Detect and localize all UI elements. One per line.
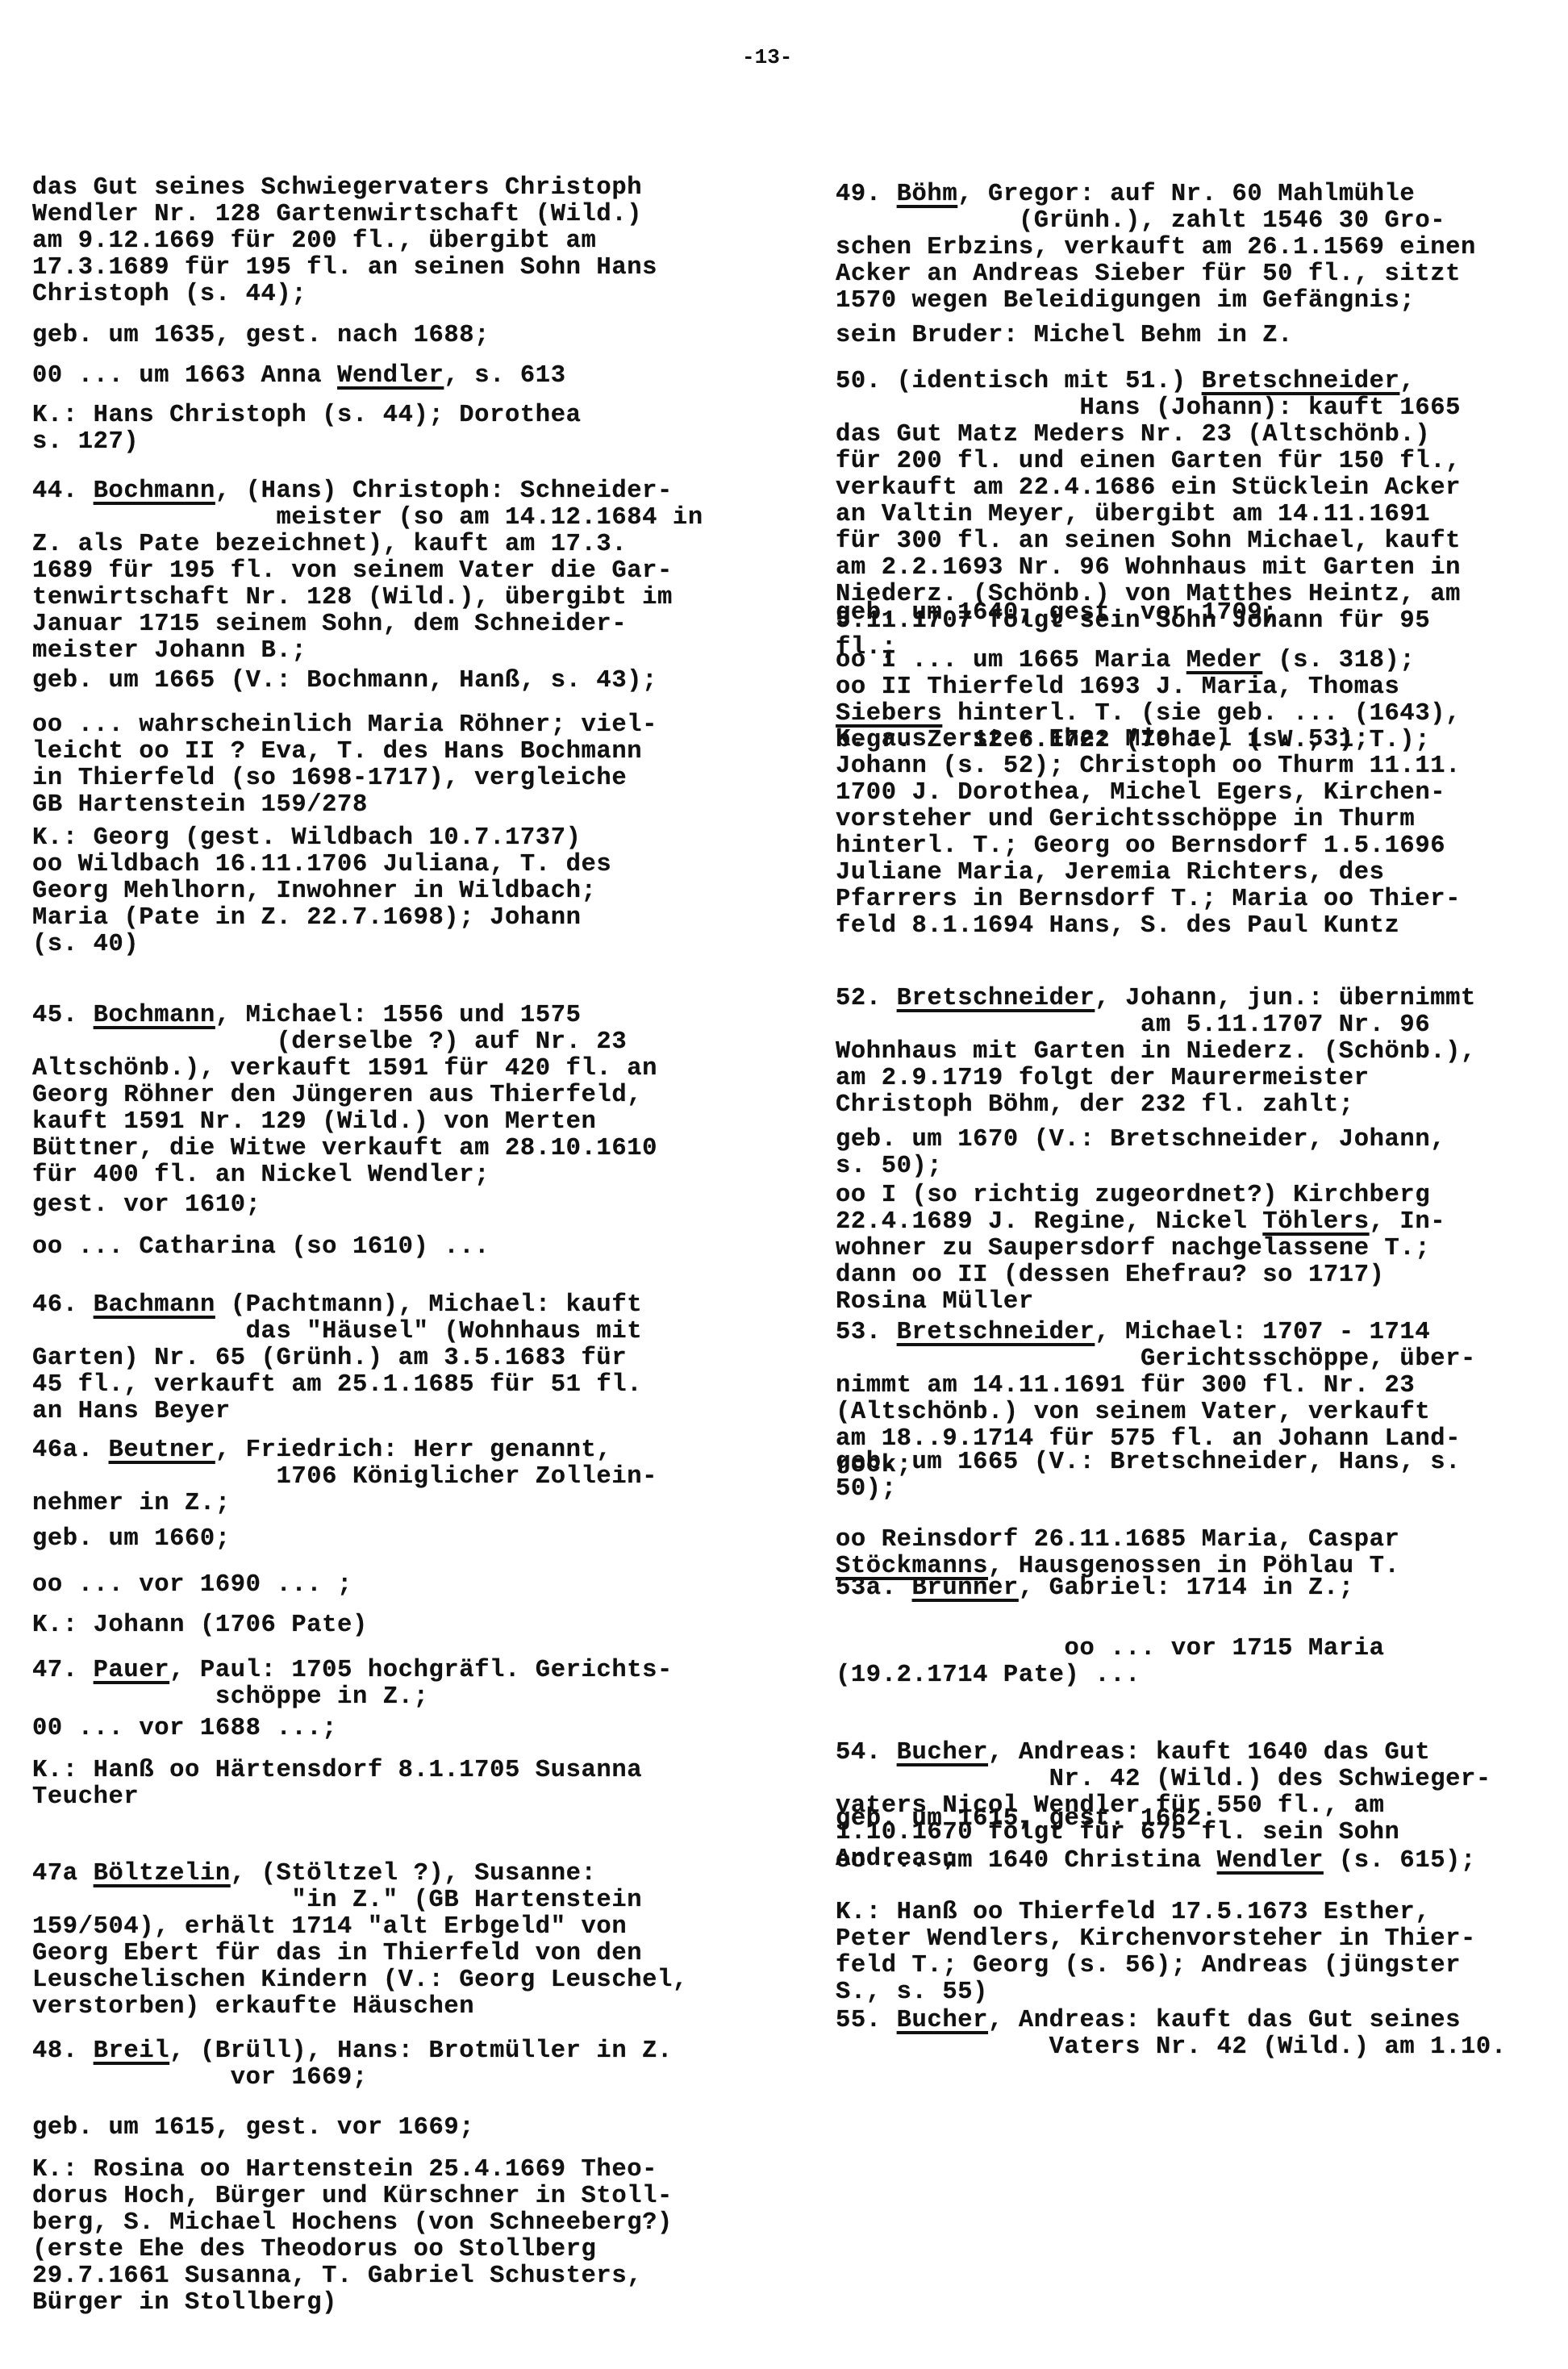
text-line: Georg Mehlhorn, Inwohner in Wildbach; [32, 878, 611, 905]
text-line: 159/504), erhält 1714 "alt Erbgeld" von [32, 1914, 688, 1941]
entry-43-marriage: 00 ... um 1663 Anna Wendler, s. 613 [32, 363, 566, 390]
text-line: kauft 1591 Nr. 129 (Wild.) von Merten [32, 1109, 657, 1136]
text-line: 50. (identisch mit 51.) Bretschneider, [836, 369, 1461, 395]
underlined-surname: Wendler [1217, 1847, 1324, 1875]
text-line: an Hans Beyer [32, 1399, 642, 1425]
entry-45: 45. Bochmann, Michael: 1556 und 1575 (de… [32, 1003, 657, 1189]
text-line: 47a Böltzelin, (Stöltzel ?), Susanne: [32, 1861, 688, 1887]
text-line: Garten) Nr. 65 (Grünh.) am 3.5.1683 für [32, 1345, 642, 1372]
text-line: in Thierfeld (so 1698-1717), vergleiche [32, 765, 657, 792]
entry-44-marriage: oo ... wahrscheinlich Maria Röhner; viel… [32, 712, 657, 819]
text-line: Wendler Nr. 128 Gartenwirtschaft (Wild.) [32, 202, 657, 228]
text-line: Pfarrers in Bernsdorf T.; Maria oo Thier… [836, 886, 1461, 913]
underlined-surname: Böhm [897, 181, 958, 208]
text-line: K.: Rosina oo Hartenstein 25.4.1669 Theo… [32, 2157, 673, 2183]
entry-43-children: K.: Hans Christoph (s. 44); Dorotheas. 1… [32, 402, 582, 456]
text-line: K.: Hanß oo Thierfeld 17.5.1673 Esther, [836, 1900, 1476, 1926]
text-line: am 9.12.1669 für 200 fl., übergibt am [32, 228, 657, 255]
text-line: für 200 fl. und einen Garten für 150 fl.… [836, 448, 1461, 475]
text-line: Christoph (s. 44); [32, 282, 657, 308]
text-line: Christoph Böhm, der 232 fl. zahlt; [836, 1092, 1476, 1119]
text-line: 45. Bochmann, Michael: 1556 und 1575 [32, 1003, 657, 1029]
underlined-surname: Bochmann [94, 1002, 215, 1029]
text-line: (19.2.1714 Pate) ... [836, 1662, 1385, 1689]
entry-47: 47. Pauer, Paul: 1705 hochgräfl. Gericht… [32, 1658, 673, 1711]
text-line: vor 1669; [32, 2065, 673, 2092]
text-line: berg, S. Michael Hochens (von Schneeberg… [32, 2210, 673, 2237]
underlined-surname: Bochmann [94, 478, 215, 505]
entry-52: 52. Bretschneider, Johann, jun.: übernim… [836, 986, 1476, 1119]
text-line: 29.7.1661 Susanna, T. Gabriel Schusters, [32, 2263, 673, 2290]
entry-55: 55. Bucher, Andreas: kauft das Gut seine… [836, 2008, 1507, 2061]
text-line: 52. Bretschneider, Johann, jun.: übernim… [836, 986, 1476, 1012]
text-line: 1570 wegen Beleidigungen im Gefängnis; [836, 288, 1476, 315]
text-line: 1706 Königlicher Zollein- [32, 1464, 657, 1491]
entry-52-marriage: oo I (so richtig zugeordnet?) Kirchberg2… [836, 1182, 1445, 1316]
entry-48: 48. Breil, (Brüll), Hans: Brotmüller in … [32, 2038, 673, 2092]
text-line: an Valtin Meyer, übergibt am 14.11.1691 [836, 502, 1461, 528]
underlined-surname: Wendler [337, 362, 444, 390]
underlined-surname: Pauer [94, 1657, 170, 1684]
text-line: 17.3.1689 für 195 fl. an seinen Sohn Han… [32, 255, 657, 282]
text-line: Georg Ebert für das in Thierfeld von den [32, 1941, 688, 1967]
entry-48-birth: geb. um 1615, gest. vor 1669; [32, 2115, 474, 2142]
underlined-surname: Meder [1186, 647, 1263, 674]
text-line: geb. um 1665 (V.: Bochmann, Hanß, s. 43)… [32, 668, 657, 694]
text-line: Acker an Andreas Sieber für 50 fl., sitz… [836, 261, 1476, 288]
text-line: am 2.2.1693 Nr. 96 Wohnhaus mit Garten i… [836, 555, 1461, 582]
entry-52-birth: geb. um 1670 (V.: Bretschneider, Johann,… [836, 1127, 1445, 1180]
text-line: s. 50); [836, 1153, 1445, 1180]
text-line: leicht oo II ? Eva, T. des Hans Bochmann [32, 739, 657, 765]
entry-45-death: gest. vor 1610; [32, 1192, 261, 1219]
text-line: oo ... vor 1715 Maria [836, 1636, 1385, 1662]
entry-54-birth: geb. um 1615, gest. 1662; [836, 1806, 1217, 1833]
text-line: 1689 für 195 fl. von seinem Vater die Ga… [32, 558, 703, 585]
text-line: oo I ... um 1665 Maria Meder (s. 318); [836, 648, 1461, 674]
entry-44-birth: geb. um 1665 (V.: Bochmann, Hanß, s. 43)… [32, 668, 657, 694]
underlined-surname: Bretschneider [897, 985, 1095, 1012]
entry-53-marriage: oo Reinsdorf 26.11.1685 Maria, CasparStö… [836, 1527, 1399, 1580]
text-line: gest. vor 1610; [32, 1192, 261, 1219]
text-line: verkauft am 22.4.1686 ein Stücklein Acke… [836, 475, 1461, 502]
entry-cont-43: das Gut seines Schwiegervaters Christoph… [32, 175, 657, 308]
entry-46a-birth: geb. um 1660; [32, 1526, 231, 1553]
text-line: 46. Bachmann (Pachtmann), Michael: kauft [32, 1292, 642, 1319]
text-line: am 5.11.1707 Nr. 96 [836, 1012, 1476, 1039]
text-line: wohner zu Saupersdorf nachgelassene T.; [836, 1236, 1445, 1262]
text-line: 44. Bochmann, (Hans) Christoph: Schneide… [32, 478, 703, 505]
entry-46a-marriage: oo ... vor 1690 ... ; [32, 1572, 352, 1599]
underlined-surname: Bachmann [94, 1291, 215, 1319]
text-line: (derselbe ?) auf Nr. 23 [32, 1029, 657, 1056]
text-line: dann oo II (dessen Ehefrau? so 1717) [836, 1262, 1445, 1289]
text-line: Nr. 42 (Wild.) des Schwieger- [836, 1766, 1491, 1793]
text-line: oo Reinsdorf 26.11.1685 Maria, Caspar [836, 1527, 1399, 1554]
text-line: K.: Hanß oo Härtensdorf 8.1.1705 Susanna [32, 1758, 642, 1784]
text-line: schöppe in Z.; [32, 1684, 673, 1711]
underlined-surname: Beutner [109, 1437, 215, 1464]
text-line: Januar 1715 seinem Sohn, dem Schneider- [32, 611, 703, 638]
text-line: geb. um 1670 (V.: Bretschneider, Johann, [836, 1127, 1445, 1153]
text-line: "in Z." (GB Hartenstein [32, 1887, 688, 1914]
entry-53-birth: geb. um 1665 (V.: Bretschneider, Hans, s… [836, 1449, 1461, 1503]
text-line: Z. als Pate bezeichnet), kauft am 17.3. [32, 532, 703, 558]
text-line: (s. 40) [32, 932, 611, 958]
text-line: geb. um 1660; [32, 1526, 231, 1553]
entry-44-children: K.: Georg (gest. Wildbach 10.7.1737)oo W… [32, 825, 611, 958]
text-line: Wohnhaus mit Garten in Niederz. (Schönb.… [836, 1039, 1476, 1066]
text-line: geb. um 1640, gest. vor 1709; [836, 600, 1278, 627]
text-line: (Altschönb.) von seinem Vater, verkauft [836, 1399, 1476, 1426]
text-line: 46a. Beutner, Friedrich: Herr genannt, [32, 1437, 657, 1464]
text-line: Maria (Pate in Z. 22.7.1698); Johann [32, 905, 611, 932]
text-line: das Gut seines Schwiegervaters Christoph [32, 175, 657, 202]
text-line: geb. um 1665 (V.: Bretschneider, Hans, s… [836, 1449, 1461, 1476]
underlined-surname: Breil [94, 2037, 170, 2065]
entry-45-marriage: oo ... Catharina (so 1610) ... [32, 1234, 490, 1261]
text-line: dorus Hoch, Bürger und Kürschner in Stol… [32, 2183, 673, 2210]
text-line: nimmt am 14.11.1691 für 300 fl. Nr. 23 [836, 1373, 1476, 1399]
text-line: oo II Thierfeld 1693 J. Maria, Thomas [836, 674, 1461, 701]
text-line: nehmer in Z.; [32, 1491, 657, 1517]
text-line: s. 127) [32, 429, 582, 456]
text-line: Georg Röhner den Jüngeren aus Thierfeld, [32, 1082, 657, 1109]
entry-53a-marriage: oo ... vor 1715 Maria(19.2.1714 Pate) ..… [836, 1636, 1385, 1689]
entry-43-birth: geb. um 1635, gest. nach 1688; [32, 323, 490, 349]
text-line: Rosina Müller [836, 1289, 1445, 1316]
text-line: oo ... Catharina (so 1610) ... [32, 1234, 490, 1261]
text-line: 00 ... um 1663 Anna Wendler, s. 613 [32, 363, 566, 390]
text-line: 49. Böhm, Gregor: auf Nr. 60 Mahlmühle [836, 181, 1476, 208]
underlined-surname: Siebers [836, 700, 942, 728]
page-number: -13- [742, 45, 792, 69]
text-line: K.: Johann (1706 Pate) [32, 1612, 368, 1639]
entry-48-children: K.: Rosina oo Hartenstein 25.4.1669 Theo… [32, 2157, 673, 2317]
text-line: das Gut Matz Meders Nr. 23 (Altschönb.) [836, 422, 1461, 448]
underlined-surname: Brunner [912, 1574, 1019, 1602]
text-line: verstorben) erkaufte Häuschen [32, 1994, 688, 2021]
text-line: 00 ... vor 1688 ...; [32, 1716, 337, 1742]
entry-47-children: K.: Hanß oo Härtensdorf 8.1.1705 Susanna… [32, 1758, 642, 1811]
text-line: oo ... um 1640 Christina Wendler (s. 615… [836, 1848, 1476, 1875]
text-line: K.: Hans Christoph (s. 44); Dorothea [32, 402, 582, 429]
text-line: 22.4.1689 J. Regine, Nickel Töhlers, In- [836, 1209, 1445, 1236]
underlined-surname: Böltzelin [94, 1860, 231, 1887]
entry-50-children: K. aus erster Ehe: Michael (s. 53);Johan… [836, 727, 1461, 940]
entry-46a-children: K.: Johann (1706 Pate) [32, 1612, 368, 1639]
entry-47-marriage: 00 ... vor 1688 ...; [32, 1716, 337, 1742]
text-line: 1700 J. Dorothea, Michel Egers, Kirchen- [836, 780, 1461, 807]
text-line: Leuschelischen Kindern (V.: Georg Leusch… [32, 1967, 688, 1994]
text-line: geb. um 1615, gest. 1662; [836, 1806, 1217, 1833]
text-line: für 400 fl. an Nickel Wendler; [32, 1162, 657, 1189]
text-line: für 300 fl. an seinen Sohn Michael, kauf… [836, 528, 1461, 555]
text-line: oo I (so richtig zugeordnet?) Kirchberg [836, 1182, 1445, 1209]
text-line: GB Hartenstein 159/278 [32, 792, 657, 819]
entry-49: 49. Böhm, Gregor: auf Nr. 60 Mahlmühle (… [836, 181, 1476, 315]
text-line: schen Erbzins, verkauft am 26.1.1569 ein… [836, 235, 1476, 261]
text-line: Vaters Nr. 42 (Wild.) am 1.10. [836, 2034, 1507, 2061]
text-line: feld 8.1.1694 Hans, S. des Paul Kuntz [836, 913, 1461, 940]
text-line: vorsteher und Gerichtsschöppe in Thurm [836, 807, 1461, 833]
text-line: geb. um 1615, gest. vor 1669; [32, 2115, 474, 2142]
text-line: meister (so am 14.12.1684 in [32, 505, 703, 532]
text-line: Büttner, die Witwe verkauft am 28.10.161… [32, 1136, 657, 1162]
text-line: oo ... vor 1690 ... ; [32, 1572, 352, 1599]
text-line: 53. Bretschneider, Michael: 1707 - 1714 [836, 1320, 1476, 1346]
entry-54-children: K.: Hanß oo Thierfeld 17.5.1673 Esther,P… [836, 1900, 1476, 2006]
entry-49-brother: sein Bruder: Michel Behm in Z. [836, 323, 1293, 349]
entry-54-marriage: oo ... um 1640 Christina Wendler (s. 615… [836, 1848, 1476, 1875]
underlined-surname: Bucher [897, 1739, 988, 1766]
text-line: Siebers hinterl. T. (sie geb. ... (1643)… [836, 701, 1461, 728]
text-line: feld T.; Georg (s. 56); Andreas (jüngste… [836, 1953, 1476, 1979]
underlined-surname: Töhlers [1262, 1208, 1369, 1236]
text-line: 50); [836, 1476, 1461, 1503]
text-line: Juliane Maria, Jeremia Richters, des [836, 860, 1461, 886]
text-line: Hans (Johann): kauft 1665 [836, 395, 1461, 422]
text-line: (erste Ehe des Theodorus oo Stollberg [32, 2237, 673, 2263]
text-line: 53a. Brunner, Gabriel: 1714 in Z.; [836, 1575, 1354, 1602]
text-line: das "Häusel" (Wohnhaus mit [32, 1319, 642, 1345]
text-line: 48. Breil, (Brüll), Hans: Brotmüller in … [32, 2038, 673, 2065]
text-line: sein Bruder: Michel Behm in Z. [836, 323, 1293, 349]
underlined-surname: Bucher [897, 2007, 988, 2034]
text-line: oo Wildbach 16.11.1706 Juliana, T. des [32, 852, 611, 878]
text-line: tenwirtschaft Nr. 128 (Wild.), übergibt … [32, 585, 703, 611]
text-line: Teucher [32, 1784, 642, 1811]
text-line: S., s. 55) [836, 1979, 1476, 2006]
underlined-surname: Bretschneider [897, 1319, 1095, 1346]
text-line: K.: Georg (gest. Wildbach 10.7.1737) [32, 825, 611, 852]
text-line: am 2.9.1719 folgt der Maurermeister [836, 1066, 1476, 1092]
text-line: (Grünh.), zahlt 1546 30 Gro- [836, 208, 1476, 235]
text-line: 45 fl., verkauft am 25.1.1685 für 51 fl. [32, 1372, 642, 1399]
text-line: Peter Wendlers, Kirchenvorsteher in Thie… [836, 1926, 1476, 1953]
text-line: Altschönb.), verkauft 1591 für 420 fl. a… [32, 1056, 657, 1082]
text-line: hinterl. T.; Georg oo Bernsdorf 1.5.1696 [836, 833, 1461, 860]
entry-50-birth: geb. um 1640, gest. vor 1709; [836, 600, 1278, 627]
entry-53a: 53a. Brunner, Gabriel: 1714 in Z.; [836, 1575, 1354, 1602]
entry-47a: 47a Böltzelin, (Stöltzel ?), Susanne: "i… [32, 1861, 688, 2021]
entry-46a: 46a. Beutner, Friedrich: Herr genannt, 1… [32, 1437, 657, 1517]
entry-46: 46. Bachmann (Pachtmann), Michael: kauft… [32, 1292, 642, 1425]
text-line: Bürger in Stollberg) [32, 2290, 673, 2317]
text-line: Johann (s. 52); Christoph oo Thurm 11.11… [836, 753, 1461, 780]
entry-44: 44. Bochmann, (Hans) Christoph: Schneide… [32, 478, 703, 665]
underlined-surname: Bretschneider [1202, 368, 1400, 395]
text-line: oo ... wahrscheinlich Maria Röhner; viel… [32, 712, 657, 739]
text-line: 55. Bucher, Andreas: kauft das Gut seine… [836, 2008, 1507, 2034]
text-line: meister Johann B.; [32, 638, 703, 665]
text-line: geb. um 1635, gest. nach 1688; [32, 323, 490, 349]
text-line: 47. Pauer, Paul: 1705 hochgräfl. Gericht… [32, 1658, 673, 1684]
text-line: Gerichtsschöppe, über- [836, 1346, 1476, 1373]
text-line: 54. Bucher, Andreas: kauft 1640 das Gut [836, 1740, 1491, 1766]
text-line: K. aus erster Ehe: Michael (s. 53); [836, 727, 1461, 753]
